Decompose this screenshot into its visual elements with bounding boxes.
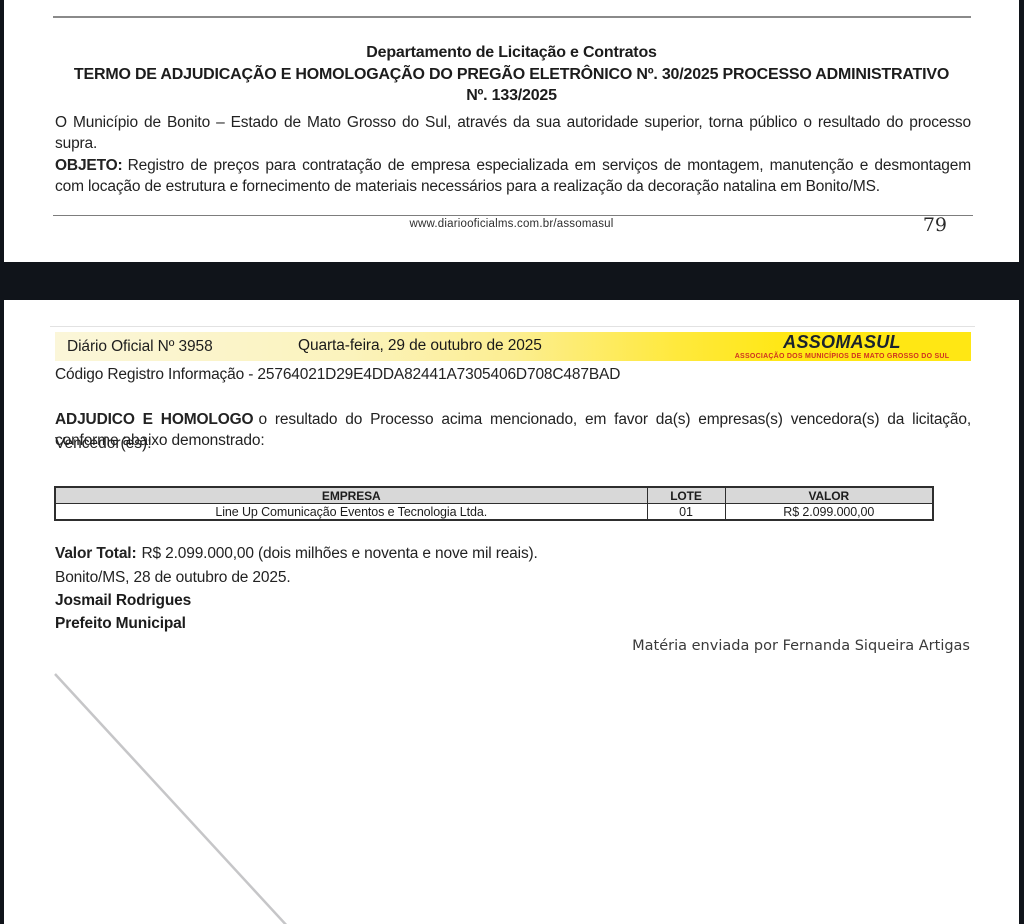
page-number: 79 bbox=[923, 214, 947, 236]
assomasul-logo: ASSOMASUL ASSOCIAÇÃO DOS MUNICÍPIOS DE M… bbox=[716, 333, 968, 360]
adjudico-paragraph: ADJUDICO E HOMOLOGOo resultado do Proces… bbox=[55, 409, 971, 451]
assomasul-logo-subtitle: ASSOCIAÇÃO DOS MUNICÍPIOS DE MATO GROSSO… bbox=[716, 353, 968, 360]
cell-lote: 01 bbox=[647, 504, 725, 521]
winners-label: Vencedor(es): bbox=[55, 435, 152, 453]
total-value-line: Valor Total:R$ 2.099.000,00 (dois milhõe… bbox=[55, 545, 538, 563]
cell-valor: R$ 2.099.000,00 bbox=[725, 504, 933, 521]
department-heading: Departamento de Licitação e Contratos bbox=[4, 44, 1019, 62]
signature-name: Josmail Rodrigues bbox=[55, 592, 191, 610]
assomasul-logo-text: ASSOMASUL bbox=[716, 333, 968, 351]
scanned-gazette-view: Departamento de Licitação e Contratos TE… bbox=[0, 0, 1024, 924]
winners-table-header-row: EMPRESA LOTE VALOR bbox=[55, 487, 933, 504]
objeto-paragraph: OBJETO:Registro de preços para contrataç… bbox=[55, 155, 971, 197]
scan-edge-line bbox=[50, 326, 975, 327]
winners-table: EMPRESA LOTE VALOR Line Up Comunicação E… bbox=[54, 486, 934, 521]
municipality-paragraph: O Município de Bonito – Estado de Mato G… bbox=[55, 112, 971, 154]
winners-table-row: Line Up Comunicação Eventos e Tecnologia… bbox=[55, 504, 933, 521]
objeto-label: OBJETO: bbox=[55, 157, 123, 174]
total-value-text: R$ 2.099.000,00 (dois milhões e noventa … bbox=[141, 545, 537, 562]
cell-empresa: Line Up Comunicação Eventos e Tecnologia… bbox=[55, 504, 647, 521]
page-footer-rule bbox=[53, 215, 973, 216]
registry-code-line: Código Registro Informação - 25764021D29… bbox=[55, 366, 620, 384]
gazette-page-top: Departamento de Licitação e Contratos TE… bbox=[4, 0, 1019, 262]
gazette-masthead: Diário Oficial Nº 3958 Quarta-feira, 29 … bbox=[55, 332, 971, 361]
column-header-empresa: EMPRESA bbox=[55, 487, 647, 504]
submitted-by-line: Matéria enviada por Fernanda Siqueira Ar… bbox=[632, 638, 970, 654]
signature-title: Prefeito Municipal bbox=[55, 615, 186, 633]
diagonal-scan-line bbox=[4, 300, 1019, 924]
previous-table-bottom-rule bbox=[53, 16, 971, 18]
gazette-date: Quarta-feira, 29 de outubro de 2025 bbox=[298, 337, 542, 355]
gazette-page-bottom: Diário Oficial Nº 3958 Quarta-feira, 29 … bbox=[4, 300, 1019, 924]
total-value-label: Valor Total: bbox=[55, 545, 136, 562]
column-header-valor: VALOR bbox=[725, 487, 933, 504]
column-header-lote: LOTE bbox=[647, 487, 725, 504]
city-date-line: Bonito/MS, 28 de outubro de 2025. bbox=[55, 569, 290, 587]
objeto-text: Registro de preços para contratação de e… bbox=[55, 157, 971, 195]
gazette-edition-number: Diário Oficial Nº 3958 bbox=[55, 338, 213, 356]
adjudication-title: TERMO DE ADJUDICAÇÃO E HOMOLOGAÇÃO DO PR… bbox=[70, 64, 954, 106]
gazette-footer-url: www.diariooficialms.com.br/assomasul bbox=[4, 218, 1019, 230]
adjudico-label: ADJUDICO E HOMOLOGO bbox=[55, 411, 253, 428]
